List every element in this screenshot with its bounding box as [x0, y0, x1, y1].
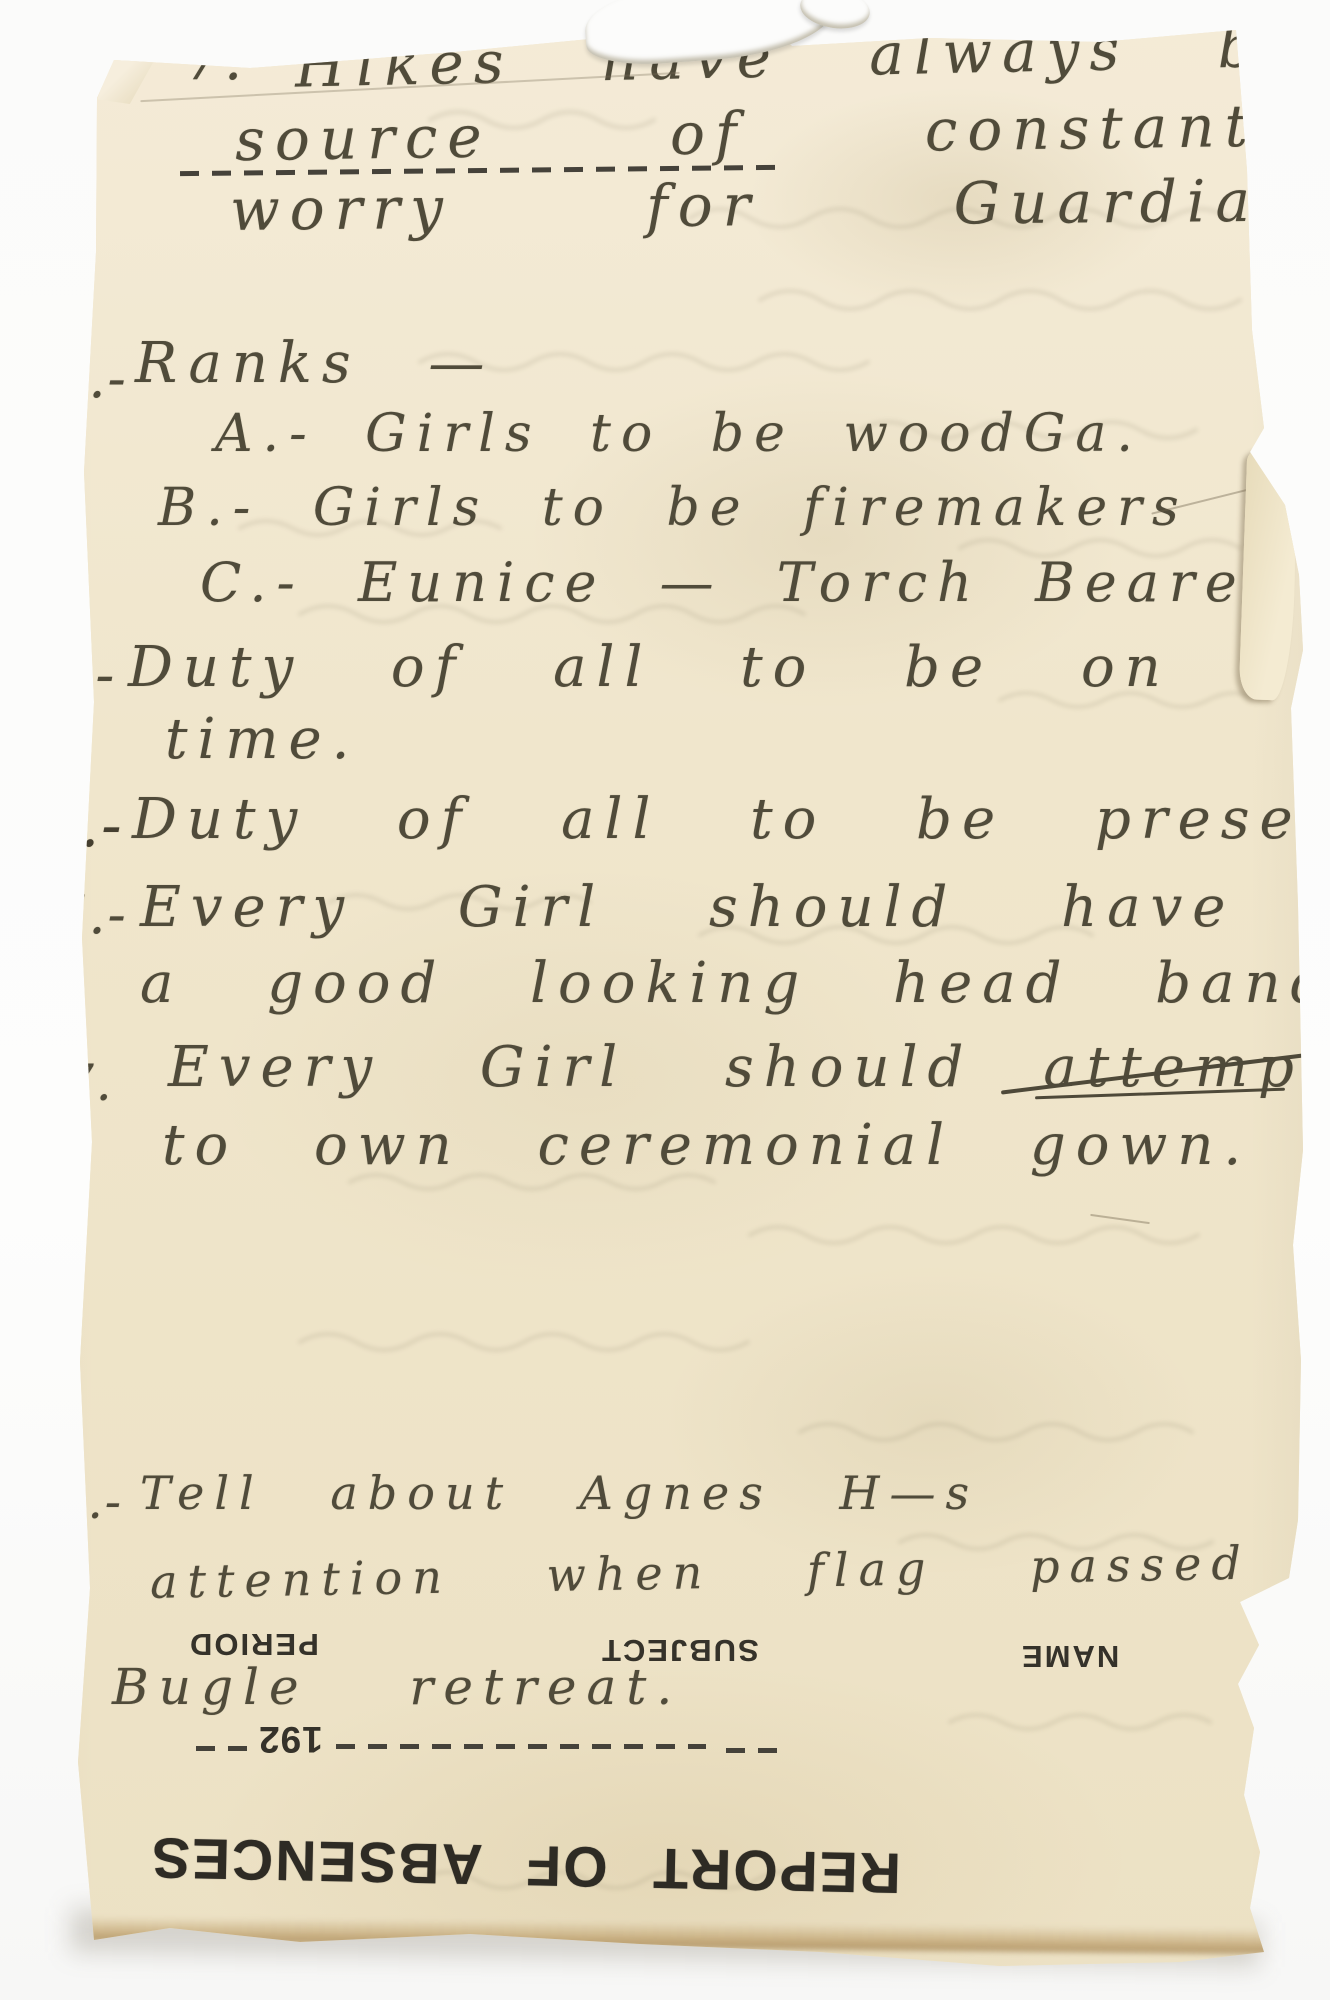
- printed-dashed-rule-date: [196, 1746, 252, 1751]
- printed-label-name: NAME: [1020, 1638, 1119, 1674]
- list-number-7-top: 7.-: [185, 30, 266, 88]
- handwritten-line: Every Girl should have: [140, 880, 1235, 936]
- handwritten-line: Bugle retreat.: [112, 1662, 682, 1712]
- handwritten-text: Every Girl should: [168, 1035, 973, 1100]
- list-number-8: 8.-: [55, 1478, 123, 1526]
- handwritten-line: worry for Guardian.: [230, 171, 1330, 239]
- printed-label-subject: SUBJECT: [600, 1632, 759, 1668]
- handwritten-line: A.- Girls to be woodGa.: [215, 408, 1143, 460]
- list-number-3: 3.-: [52, 352, 128, 406]
- printed-dashed-rule-date: [726, 1748, 784, 1753]
- handwritten-line: Every Girl shouldattempt: [168, 1040, 1330, 1096]
- handwritten-line: a good looking head band!: [140, 956, 1330, 1012]
- printed-label-period: PERIOD: [188, 1626, 319, 1662]
- printed-dashed-rule-date: [336, 1744, 706, 1749]
- list-number-5: 5.-: [40, 796, 124, 856]
- handwritten-line: source of constant: [235, 97, 1259, 169]
- handwritten-line: time.: [165, 712, 359, 768]
- printed-year-stub: 192: [258, 1718, 323, 1760]
- list-number-4: 4.-: [38, 648, 116, 704]
- handwritten-line: C.- Eunice — Torch Bearer.: [200, 556, 1304, 610]
- handwritten-line: Duty of all to be present.: [132, 792, 1330, 848]
- handwritten-line: Tell about Agnes H—s: [140, 1470, 979, 1516]
- note-paper: 7.- Hikes have always been source of con…: [0, 0, 1330, 2000]
- photograph-background: 7.- Hikes have always been source of con…: [0, 0, 1330, 2000]
- list-number-6: 6.-: [52, 888, 128, 942]
- handwritten-line: Duty of all to be on: [128, 640, 1171, 696]
- handwritten-line: to own ceremonial gown.: [162, 1118, 1251, 1174]
- list-number-7: 7.: [62, 1058, 114, 1108]
- handwritten-line: B.- Girls to be firemakers: [158, 482, 1189, 534]
- handwritten-line: Ranks —: [135, 336, 494, 392]
